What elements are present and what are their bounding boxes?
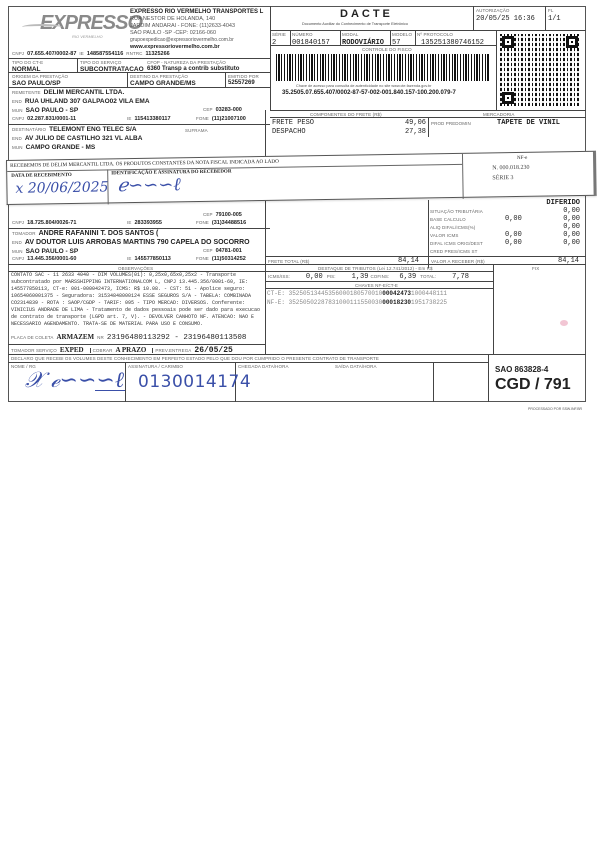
remetente-name: DELIM MERCANTIL LTDA. (44, 89, 125, 96)
destaque-tributos-row: ICMS/ISS: 0,00 PIS: 1,39 COFINS: 6,39 TO… (268, 273, 469, 281)
access-key: 35.2505.07.655.407/0002-87-57-002-001.84… (282, 90, 456, 96)
company-logo: EXPRESSO RIO VERMELHO (22, 12, 117, 42)
destinatario-cep: 79100-005 (216, 212, 242, 218)
emitido-por: 52557269 (228, 80, 255, 86)
destinatario-cnpj: 18.725.804/0026-71 (27, 220, 76, 226)
authorization-datetime: 20/05/25 16:36 (476, 15, 535, 23)
route-code: SAO 863828-4 (495, 365, 548, 374)
tomador-cep: 04781-001 (216, 248, 242, 254)
destinatario-mun: CAMPO GRANDE - MS (26, 144, 96, 151)
tomador-end: AV DOUTOR LUIS ARROBAS MARTINS 790 CAPEL… (25, 239, 250, 246)
route-destination: CGD / 791 (495, 376, 571, 394)
remetente-ie: 115413380117 (134, 116, 170, 122)
destino-prestacao: CAMPO GRANDE/MS (130, 80, 196, 87)
canhoto-nfe-label: NF-e (517, 156, 527, 161)
logo-swoosh (22, 24, 62, 30)
tributo-row: SITUAÇÃO TRIBUTÁRIA DIFERIDO (430, 200, 582, 208)
canhoto-signature: ℯ∽∽∽ℓ (117, 174, 181, 196)
declaracao-text: DECLARO QUE RECEBI OS VOLUMES DESTE CONH… (11, 356, 379, 361)
company-name: EXPRESSO RIO VERMELHO TRANSPORTES L (130, 9, 270, 16)
company-ids: CNPJ 07.655.407/0002-87 IE 148587554116 … (12, 51, 170, 57)
company-ie: 148587554116 (87, 51, 123, 57)
qr-code (500, 34, 580, 106)
tributo-row: ALIQ DIFAL/ICMS(%) 0,00 0,00 (430, 216, 582, 224)
nr-coleta: 23196480113292 - 23196480113508 (107, 334, 247, 342)
company-address-1: RUA NESTOR DE HOLANDA, 140 (130, 16, 270, 23)
signature-arrow (95, 390, 125, 391)
tomador-fone: (11)50314252 (212, 256, 246, 262)
componente-frete-peso: FRETE PESO 49,06 (272, 119, 426, 127)
company-info: EXPRESSO RIO VERMELHO TRANSPORTES L RUA … (130, 9, 270, 51)
remetente-fone: (11)21007100 (212, 116, 246, 122)
tomador-mun: SAO PAULO - SP (26, 248, 79, 255)
company-address-2: JARDIM ANDARAI - FONE: (11)2633-4043 (130, 23, 270, 30)
placa-coleta: ARMAZEM (56, 333, 94, 341)
destinatario-fone: (31)34488516 (212, 220, 246, 226)
canhoto-nfe-serie: SÉRIE 3 (492, 175, 513, 181)
icms-iss: 0,00 (306, 273, 323, 281)
remetente-row: REMETENTE DELIM MERCANTIL LTDA. (12, 89, 124, 96)
tomador-servico: EXPED (60, 346, 84, 354)
processed-by: PROCESSADO POR SSW.INF.BR (528, 407, 582, 411)
destinatario-ie: 283393955 (134, 220, 162, 226)
cobrar: A PRAZO (115, 346, 146, 354)
componente-despacho: DESPACHO 27,38 (272, 128, 426, 136)
cte-barcode (276, 54, 490, 81)
smudge (560, 320, 568, 326)
company-address-3: SAO PAULO -SP -CEP: 02166-060 (130, 30, 270, 37)
company-email[interactable]: grupoexpedicao@expressoriovermelho.com.b… (130, 37, 270, 44)
dacte-title: DACTE (340, 8, 393, 20)
company-rntrc: 11325266 (146, 51, 170, 57)
nfe-chave: NF-E: 3525050228783100011155003000018230… (267, 299, 447, 306)
destinatario-end: AV JULIO DE CASTILHO 321 VL ALBA (25, 135, 143, 142)
remetente-cnpj: 02.287.831/0001-11 (27, 116, 76, 122)
company-cnpj: 07.655.407/0002-87 (27, 51, 76, 57)
remetente-cep: 03283-000 (216, 107, 242, 113)
origem-prestacao: SAO PAULO/SP (12, 80, 61, 87)
page-number: 1/1 (548, 15, 561, 23)
placa-coleta-row: PLACA DE COLETA ARMAZEM NR 2319648011329… (11, 333, 246, 342)
company-website[interactable]: www.expressoriovermelho.com.br (130, 44, 270, 51)
destinatario-name: TELEMONT ENG TELEC S/A (49, 126, 136, 133)
canhoto-date-label: DATA DE RECEBIMENTO (11, 173, 72, 179)
remetente-end: RUA UHLAND 307 GALPAO02 VILA EMA (25, 98, 150, 105)
dacte-subtitle: Documento Auxiliar do Conhecimento de Tr… (302, 22, 408, 26)
tomador-ie: 145577850113 (134, 256, 170, 262)
remetente-mun: SAO PAULO - SP (26, 107, 79, 114)
cte-chave: CT-E: 3525051344535600018057001000042473… (267, 290, 447, 297)
handwritten-stamp-number: 0130014174 (138, 372, 251, 392)
cofins: 6,39 (399, 273, 416, 281)
produto-predominante: TAPETE DE VINIL (497, 119, 560, 127)
tributos-total: 7,78 (452, 273, 469, 281)
tomador-name: ANDRE RAFANINI T. DOS SANTOS ( (39, 230, 159, 237)
nfe-receipt-stub: RECEBEMOS DE DELIM MERCANTIL LTDA. OS PR… (6, 151, 597, 205)
observacoes-text: CONTATO SAC - 11 2633 4040 - DIM VOLUMES… (11, 272, 263, 332)
pis: 1,39 (352, 273, 369, 281)
canhoto-nfe-number: N. 000.018.230 (492, 165, 529, 172)
logo-text: EXPRESSO (40, 12, 142, 35)
access-key-note: Chave de acesso para consulta de autenti… (296, 84, 431, 88)
tributo-row: CRED PRES/ICMS ST 0,00 0,00 (430, 240, 582, 248)
tributos-table: SITUAÇÃO TRIBUTÁRIA DIFERIDO BASE CALCUL… (430, 200, 582, 248)
tomador-cnpj: 13.445.356/0001-60 (27, 256, 76, 262)
handwritten-receipt-date: x 20/06/2025 (15, 179, 108, 196)
logo-tagline: RIO VERMELHO (72, 34, 103, 39)
